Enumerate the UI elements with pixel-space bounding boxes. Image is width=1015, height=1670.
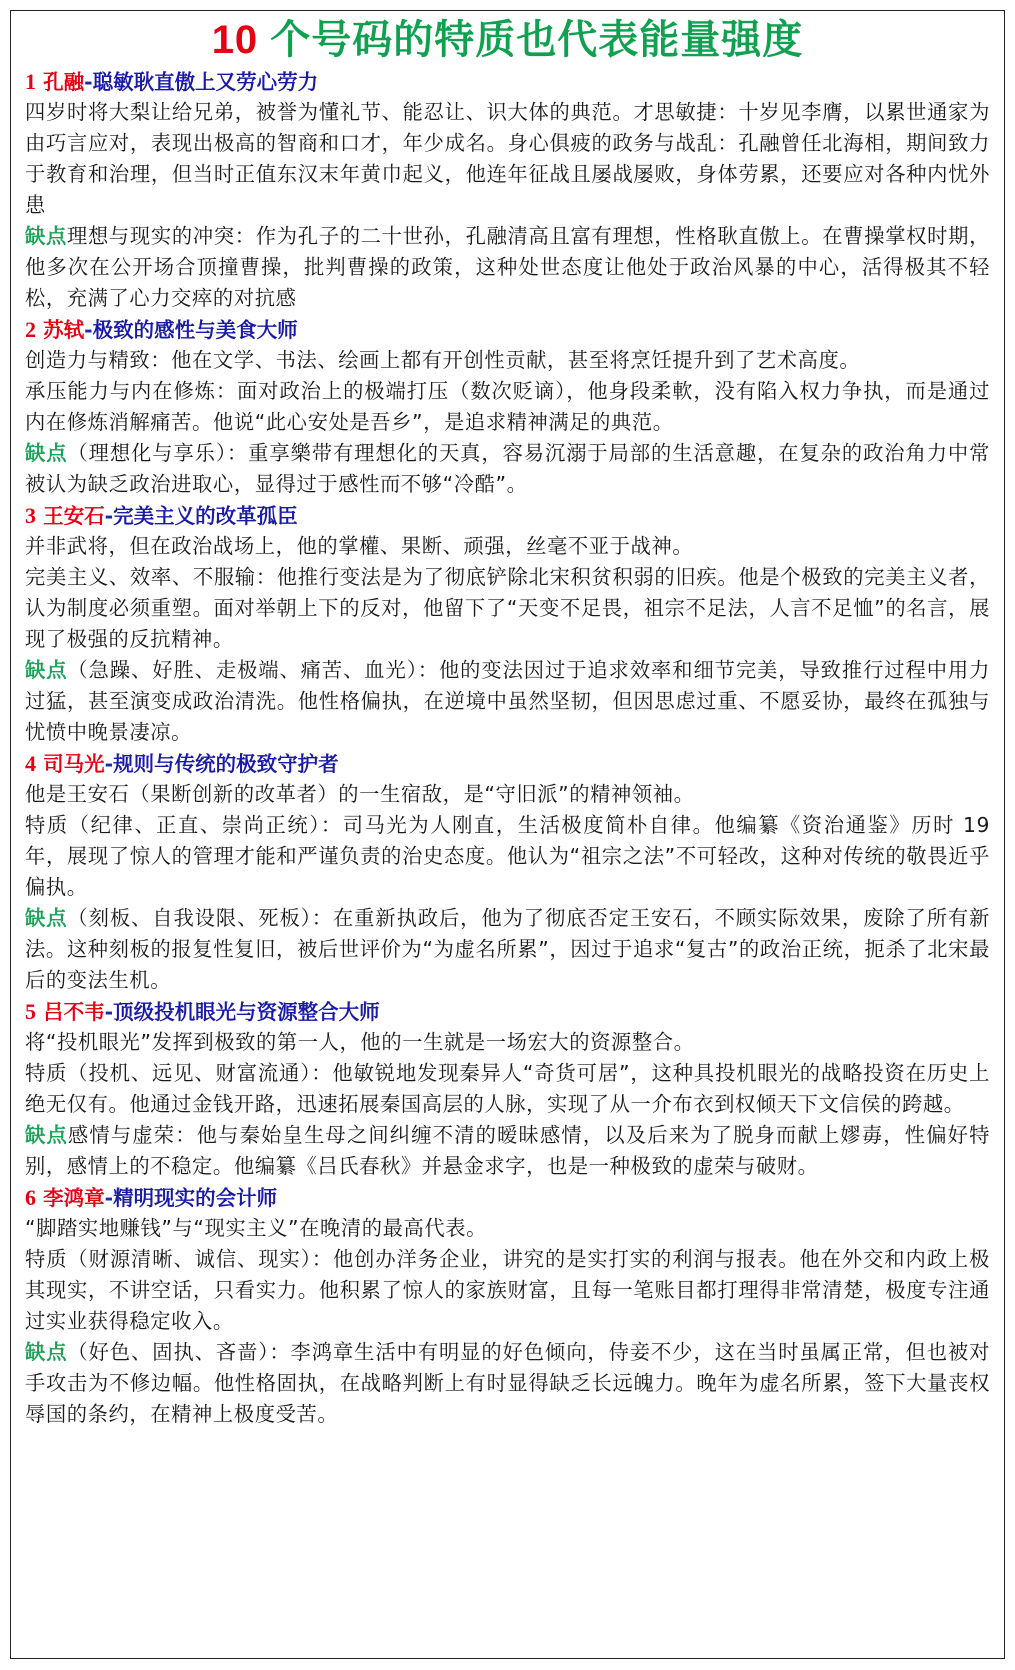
flaw-text: （急躁、好胜、走极端、痛苦、血光）：他的变法因过于追求效率和细节完美，导致推行过… (25, 658, 990, 744)
section-heading: 3 王安石-完美主义的改革孤臣 (25, 500, 990, 531)
section-number: 5 (25, 999, 36, 1024)
section-number: 6 (25, 1185, 36, 1210)
section-heading: 4 司马光-规则与传统的极致守护者 (25, 748, 990, 779)
title-text: 个号码的特质也代表能量强度 (258, 18, 803, 62)
section-heading: 2 苏轼-极致的感性与美食大师 (25, 314, 990, 345)
flaw-paragraph: 缺点（急躁、好胜、走极端、痛苦、血光）：他的变法因过于追求效率和细节完美，导致推… (25, 655, 990, 748)
flaw-label: 缺点 (25, 1123, 68, 1147)
person-name: 司马光 (43, 752, 105, 776)
document-title: 10 个号码的特质也代表能量强度 (0, 14, 1015, 66)
section-number: 3 (25, 503, 36, 528)
flaw-label: 缺点 (25, 906, 67, 930)
heading-dash: - (105, 1000, 114, 1024)
flaw-label: 缺点 (25, 441, 67, 465)
person-name: 苏轼 (43, 318, 84, 342)
paragraph: 特质（纪律、正直、崇尚正统）：司马光为人刚直，生活极度简朴自律。他编纂《资治通鉴… (25, 810, 990, 903)
title-number: 10 (212, 18, 259, 62)
section-6: 6 李鸿章-精明现实的会计师 “脚踏实地赚钱”与“现实主义”在晚清的最高代表。 … (25, 1182, 990, 1430)
section-heading: 6 李鸿章-精明现实的会计师 (25, 1182, 990, 1213)
paragraph: 完美主义、效率、不服输：他推行变法是为了彻底铲除北宋积贫积弱的旧疾。他是个极致的… (25, 562, 990, 655)
flaw-label: 缺点 (25, 658, 67, 682)
flaw-paragraph: 缺点（刻板、自我设限、死板）：在重新执政后，他为了彻底否定王安石，不顾实际效果，… (25, 903, 990, 996)
person-name: 李鸿章 (43, 1186, 105, 1210)
section-1: 1 孔融-聪敏耿直傲上又劳心劳力 四岁时将大梨让给兄弟，被誉为懂礼节、能忍让、识… (25, 66, 990, 314)
heading-dash: - (105, 504, 114, 528)
section-3: 3 王安石-完美主义的改革孤臣 并非武将，但在政治战场上，他的掌權、果断、顽强，… (25, 500, 990, 748)
section-number: 1 (25, 69, 36, 94)
paragraph: 特质（投机、远见、财富流通）：他敏锐地发现秦异人“奇货可居”，这种具投机眼光的战… (25, 1058, 990, 1120)
flaw-label: 缺点 (25, 1340, 67, 1364)
heading-dash: - (105, 752, 114, 776)
person-name: 王安石 (43, 504, 105, 528)
section-number: 2 (25, 317, 36, 342)
flaw-label: 缺点 (25, 224, 67, 248)
section-subtitle: 完美主义的改革孤臣 (113, 504, 298, 528)
paragraph: 四岁时将大梨让给兄弟，被誉为懂礼节、能忍让、识大体的典范。才思敏捷：十岁见李膺，… (25, 97, 990, 221)
heading-dash: - (105, 1186, 114, 1210)
person-name: 孔融 (43, 70, 84, 94)
section-subtitle: 顶级投机眼光与资源整合大师 (113, 1000, 380, 1024)
paragraph: 并非武将，但在政治战场上，他的掌權、果断、顽强，丝毫不亚于战神。 (25, 531, 990, 562)
section-subtitle: 极致的感性与美食大师 (93, 318, 298, 342)
section-heading: 1 孔融-聪敏耿直傲上又劳心劳力 (25, 66, 990, 97)
document-body: 1 孔融-聪敏耿直傲上又劳心劳力 四岁时将大梨让给兄弟，被誉为懂礼节、能忍让、识… (25, 66, 990, 1430)
flaw-paragraph: 缺点（好色、固执、吝啬）：李鸿章生活中有明显的好色倾向，侍妾不少，这在当时虽属正… (25, 1337, 990, 1430)
section-subtitle: 精明现实的会计师 (113, 1186, 277, 1210)
flaw-text: 理想与现实的冲突：作为孔子的二十世孙，孔融清高且富有理想，性格耿直傲上。在曹操掌… (25, 224, 990, 310)
person-name: 吕不韦 (43, 1000, 105, 1024)
paragraph: 承压能力与内在修炼：面对政治上的极端打压（数次贬谪），他身段柔軟，没有陷入权力争… (25, 376, 990, 438)
paragraph: 将“投机眼光”发挥到极致的第一人，他的一生就是一场宏大的资源整合。 (25, 1027, 990, 1058)
paragraph: 创造力与精致：他在文学、书法、绘画上都有开创性贡献，甚至将烹饪提升到了艺术高度。 (25, 345, 990, 376)
flaw-text: 感情与虚荣：他与秦始皇生母之间纠缠不清的暧昧感情，以及后来为了脱身而献上嫪毐，性… (25, 1123, 990, 1178)
flaw-paragraph: 缺点感情与虚荣：他与秦始皇生母之间纠缠不清的暧昧感情，以及后来为了脱身而献上嫪毐… (25, 1120, 990, 1182)
flaw-text: （理想化与享乐）：重享樂带有理想化的天真，容易沉溺于局部的生活意趣，在复杂的政治… (25, 441, 990, 496)
section-5: 5 吕不韦-顶级投机眼光与资源整合大师 将“投机眼光”发挥到极致的第一人，他的一… (25, 996, 990, 1182)
flaw-text: （刻板、自我设限、死板）：在重新执政后，他为了彻底否定王安石，不顾实际效果，废除… (25, 906, 990, 992)
section-2: 2 苏轼-极致的感性与美食大师 创造力与精致：他在文学、书法、绘画上都有开创性贡… (25, 314, 990, 500)
paragraph: “脚踏实地赚钱”与“现实主义”在晚清的最高代表。 (25, 1213, 990, 1244)
section-subtitle: 规则与传统的极致守护者 (113, 752, 339, 776)
flaw-text: （好色、固执、吝啬）：李鸿章生活中有明显的好色倾向，侍妾不少，这在当时虽属正常，… (25, 1340, 990, 1426)
section-number: 4 (25, 751, 36, 776)
flaw-paragraph: 缺点理想与现实的冲突：作为孔子的二十世孙，孔融清高且富有理想，性格耿直傲上。在曹… (25, 221, 990, 314)
section-subtitle: 聪敏耿直傲上又劳心劳力 (93, 70, 319, 94)
heading-dash: - (84, 70, 93, 94)
paragraph: 特质（财源清晰、诚信、现实）：他创办洋务企业，讲究的是实打实的利润与报表。他在外… (25, 1244, 990, 1337)
section-heading: 5 吕不韦-顶级投机眼光与资源整合大师 (25, 996, 990, 1027)
flaw-paragraph: 缺点（理想化与享乐）：重享樂带有理想化的天真，容易沉溺于局部的生活意趣，在复杂的… (25, 438, 990, 500)
section-4: 4 司马光-规则与传统的极致守护者 他是王安石（果断创新的改革者）的一生宿敌，是… (25, 748, 990, 996)
paragraph: 他是王安石（果断创新的改革者）的一生宿敌，是“守旧派”的精神领袖。 (25, 779, 990, 810)
heading-dash: - (84, 318, 93, 342)
